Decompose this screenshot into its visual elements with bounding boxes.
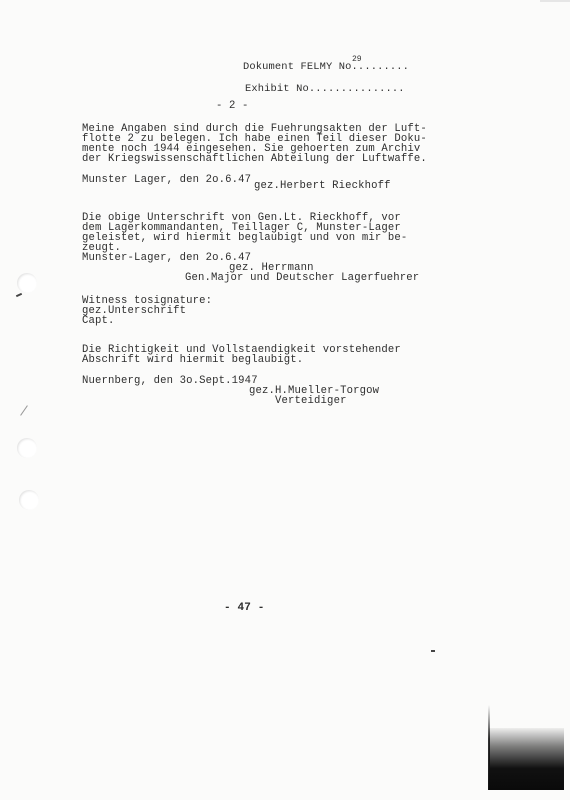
page-marker: - 2 - <box>216 101 249 112</box>
footer-page-number: - 47 - <box>224 603 265 614</box>
dokument-number: 29 <box>352 55 362 64</box>
signature3-place-date: Nuernberg, den 3o.Sept.1947 <box>82 376 258 387</box>
scan-shadow <box>489 728 564 790</box>
signature2-place-date: Munster-Lager, den 2o.6.47 <box>82 253 251 264</box>
signature1-signed: gez.Herbert Rieckhoff <box>254 181 391 192</box>
signature1-place-date: Munster Lager, den 2o.6.47 <box>82 175 251 186</box>
paragraph1-line: der Kriegswissenschaftlichen Abteilung d… <box>82 154 427 165</box>
signature2-title: Gen.Major und Deutscher Lagerfuehrer <box>185 273 419 284</box>
scan-mark <box>20 405 28 415</box>
paragraph3-line: Abschrift wird hiermit beglaubigt. <box>82 355 303 366</box>
exhibit-label: Exhibit No............... <box>245 84 405 95</box>
punch-hole <box>17 273 37 293</box>
dokument-label: Dokument FELMY No......... <box>243 62 409 73</box>
witness-line: Capt. <box>82 316 115 327</box>
document-page: Dokument FELMY No......... 29 Exhibit No… <box>0 0 570 800</box>
scan-mark <box>431 650 435 652</box>
punch-hole <box>19 490 39 510</box>
punch-hole <box>17 438 37 458</box>
scan-edge <box>540 0 570 2</box>
paragraph2-line: geleistet, wird hiermit beglaubigt und v… <box>82 233 407 244</box>
signature3-title: Verteidiger <box>275 396 347 407</box>
scan-mark <box>16 293 22 297</box>
